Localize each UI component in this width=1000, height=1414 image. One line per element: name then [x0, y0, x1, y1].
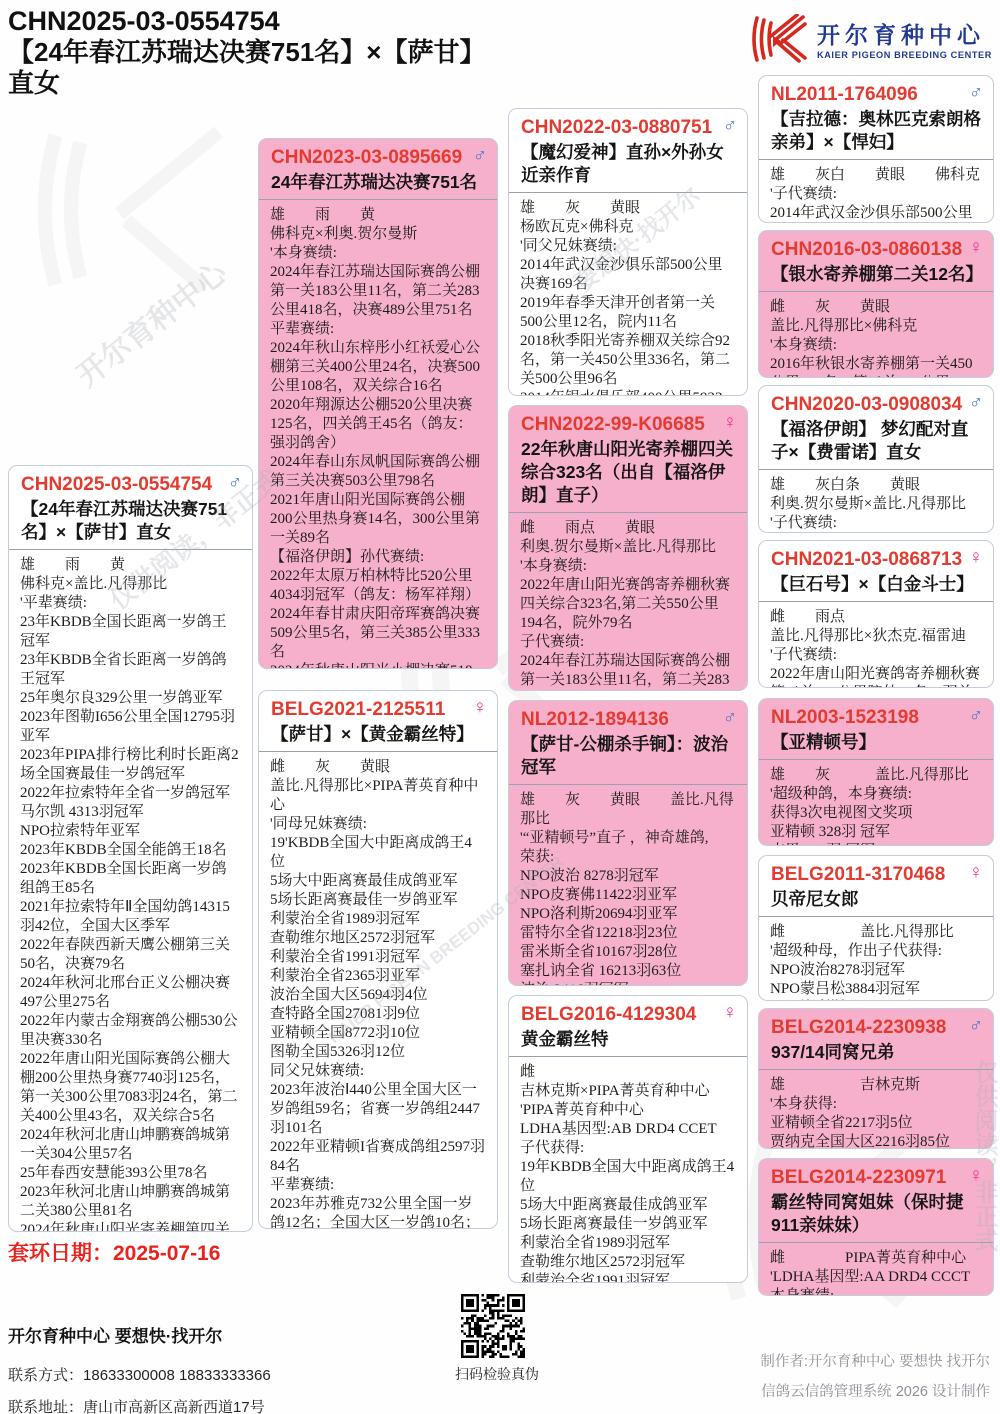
contact-label: 联系方式：	[8, 1367, 83, 1384]
pedigree-card: CHN2022-99-K06685 ♀ 22年秋唐山阳光寄养棚四关综合323名（…	[508, 405, 748, 691]
card-title: 【24年春江苏瑞达决赛751名】×【萨甘】直女	[21, 498, 240, 544]
ring-number: BELG2011-3170468	[771, 864, 945, 885]
female-icon: ♀	[969, 862, 983, 884]
card-body-text: 雄 雨 黄 佛科克×利奥.贺尔曼斯 '本身赛绩: 2024年春江苏瑞达国际赛鸽公…	[259, 200, 497, 669]
card-title: 937/14同窝兄弟	[771, 1041, 981, 1064]
ring-number: NL2012-1894136	[521, 709, 669, 730]
card-header: CHN2025-03-0554754 ♂ 【24年春江苏瑞达决赛751名】×【萨…	[9, 466, 252, 550]
contact-phones: 18633300008 18833333366	[83, 1367, 271, 1384]
qr-code	[461, 1294, 525, 1358]
ring-number: CHN2020-03-0908034	[771, 394, 962, 415]
watermark-logo-icon	[20, 120, 240, 305]
footer-maker-block: 制作者:开尔育种中心 要想快 找开尔 信鸽云信鸽管理系统 2026 设计制作	[760, 1348, 990, 1407]
card-header: NL2012-1894136 ♂ 【萨甘-公棚杀手锏】：波治冠军	[509, 701, 747, 785]
pedigree-card: CHN2016-03-0860138 ♀ 【银水寄养棚第二关12名】 雌 灰 黄…	[758, 230, 994, 378]
card-body-text: 雄 灰 盖比.凡得那比 '超级种鸽，本身赛绩: 获得3次电视图文奖项 亚精顿 3…	[759, 760, 993, 846]
card-header: CHN2022-99-K06685 ♀ 22年秋唐山阳光寄养棚四关综合323名（…	[509, 406, 747, 513]
card-title: 黄金霸丝特	[521, 1028, 735, 1051]
maker-line2: 信鸽云信鸽管理系统 2026 设计制作	[760, 1378, 990, 1408]
logo-cn-text: 开尔育种中心	[817, 23, 985, 48]
ring-number: CHN2016-03-0860138	[771, 239, 962, 260]
ring-number: NL2003-1523198	[771, 707, 919, 728]
male-icon: ♂	[723, 707, 737, 729]
qr-caption: 扫码检验真伪	[455, 1364, 530, 1384]
watermark-text: 开尔育种中心	[66, 249, 235, 394]
ring-number: BELG2021-2125511	[271, 699, 445, 720]
female-icon: ♀	[969, 237, 983, 259]
card-body-text: 雄 灰白条 黄眼 利奥.贺尔曼斯×盖比.凡得那比 '子代赛绩: 2022年唐山阳…	[759, 470, 993, 533]
card-header: CHN2022-03-0880751 ♂ 【魔幻爱神】直孙×外孙女 近亲作育	[509, 109, 747, 193]
ring-number: CHN2023-03-0895669	[271, 147, 462, 168]
female-icon: ♀	[473, 697, 487, 719]
card-title: 【魔幻爱神】直孙×外孙女 近亲作育	[521, 141, 735, 187]
kaier-logo-icon	[747, 14, 809, 69]
logo-en-text: KAIER PIGEON BREEDING CENTER	[817, 50, 992, 60]
card-body-text: 雄 灰白 黄眼 佛科克 '子代赛绩: 2014年武汉金沙俱乐部500公里决赛16…	[759, 160, 993, 223]
card-title: 24年春江苏瑞达决赛751名	[271, 171, 485, 194]
male-icon: ♂	[473, 145, 487, 167]
pedigree-card: NL2011-1764096 ♂ 【吉拉德：奥林匹克索朗格亲弟】×【悍妇】 雄 …	[758, 75, 994, 223]
card-title: 22年秋唐山阳光寄养棚四关综合323名（出自【福洛伊朗】直子）	[521, 438, 735, 507]
ring-number: CHN2021-03-0868713	[771, 549, 962, 570]
card-title: 【吉拉德：奥林匹克索朗格亲弟】×【悍妇】	[771, 108, 981, 154]
pedigree-card: BELG2021-2125511 ♀ 【萨甘】×【黄金霸丝特】 雌 灰 黄眼 盖…	[258, 690, 498, 1229]
card-header: BELG2016-4129304 ♀ 黄金霸丝特	[509, 996, 747, 1057]
footer-contact-block: 开尔育种中心 要想快·找开尔 联系方式：18633300008 18833333…	[8, 1322, 271, 1414]
ring-number: BELG2014-2230971	[771, 1167, 946, 1188]
qr-block: 扫码检验真伪	[455, 1294, 530, 1384]
pedigree-card: CHN2022-03-0880751 ♂ 【魔幻爱神】直孙×外孙女 近亲作育 雄…	[508, 108, 748, 396]
card-body-text: 雌 PIPA菁英育种中心 'LDHA基因型:AA DRD4 CCCT 本身赛绩:…	[759, 1243, 993, 1296]
address-label: 联系地址：	[8, 1399, 83, 1414]
card-title: 贝帝尼女郎	[771, 888, 981, 911]
card-body-text: 雌 雨点 黄眼 利奥.贺尔曼斯×盖比.凡得那比 '本身赛绩: 2022年唐山阳光…	[509, 513, 747, 691]
card-header: CHN2023-03-0895669 ♂ 24年春江苏瑞达决赛751名	[259, 139, 497, 200]
male-icon: ♂	[969, 392, 983, 414]
card-header: NL2003-1523198 ♂ 【亚精顿号】	[759, 699, 993, 760]
page-title-line2: 直女	[8, 68, 738, 99]
female-icon: ♀	[723, 412, 737, 434]
card-header: CHN2016-03-0860138 ♀ 【银水寄养棚第二关12名】	[759, 231, 993, 292]
footer-slogan: 开尔育种中心 要想快·找开尔	[8, 1322, 271, 1347]
card-title: 【亚精顿号】	[771, 731, 981, 754]
maker-line1: 制作者:开尔育种中心 要想快 找开尔	[760, 1348, 990, 1378]
pedigree-card: NL2012-1894136 ♂ 【萨甘-公棚杀手锏】：波治冠军 雄 灰 黄眼 …	[508, 700, 748, 986]
pedigree-card: CHN2021-03-0868713 ♀ 【巨石号】×【白金斗士】 雌 雨点 盖…	[758, 540, 994, 688]
pedigree-card: BELG2014-2230938 ♂ 937/14同窝兄弟 雄 吉林克斯 '本身…	[758, 1008, 994, 1149]
pedigree-card: BELG2014-2230971 ♀ 霸丝特同窝姐妹（保时捷911亲妹妹） 雌 …	[758, 1158, 994, 1296]
male-icon: ♂	[228, 472, 242, 494]
card-header: BELG2021-2125511 ♀ 【萨甘】×【黄金霸丝特】	[259, 691, 497, 752]
card-header: CHN2020-03-0908034 ♂ 【福洛伊朗】 梦幻配对直子×【费雷诺】…	[759, 386, 993, 470]
female-icon: ♀	[969, 547, 983, 569]
male-icon: ♂	[969, 705, 983, 727]
card-header: BELG2014-2230938 ♂ 937/14同窝兄弟	[759, 1009, 993, 1070]
card-body-text: 雄 雨 黄 佛科克×盖比.凡得那比 '平辈赛绩: 23年KBDB全国长距离一岁鸽…	[9, 550, 252, 1232]
pedigree-card: BELG2016-4129304 ♀ 黄金霸丝特 雌 吉林克斯×PIPA菁英育种…	[508, 995, 748, 1283]
card-body-text: 雌 吉林克斯×PIPA菁英育种中心 'PIPA菁英育种中心 LDHA基因型:AB…	[509, 1057, 747, 1283]
card-title: 【萨甘-公棚杀手锏】：波治冠军	[521, 733, 735, 779]
ring-date-value: 2025-07-16	[113, 1242, 220, 1265]
card-title: 【萨甘】×【黄金霸丝特】	[271, 723, 485, 746]
female-icon: ♀	[969, 1165, 983, 1187]
ring-number: CHN2025-03-0554754	[21, 474, 212, 495]
card-body-text: 雌 灰 黄眼 盖比.凡得那比×佛科克 '本身赛绩: 2016年秋银水寄养棚第一关…	[759, 292, 993, 378]
card-title: 霸丝特同窝姐妹（保时捷911亲妹妹）	[771, 1191, 981, 1237]
female-icon: ♀	[723, 1002, 737, 1024]
ring-date-label: 套环日期：	[8, 1242, 113, 1265]
page-title-ring: CHN2025-03-0554754	[8, 6, 738, 37]
pedigree-card: NL2003-1523198 ♂ 【亚精顿号】 雄 灰 盖比.凡得那比 '超级种…	[758, 698, 994, 846]
card-body-text: 雄 吉林克斯 '本身获得: 亚精顿全省2217羽5位 贾纳克全国大区2216羽8…	[759, 1070, 993, 1149]
card-body-text: 雌 雨点 盖比.凡得那比×狄杰克.福雷迪 '子代赛绩: 2022年唐山阳光赛鸽寄…	[759, 602, 993, 688]
ring-number: CHN2022-99-K06685	[521, 414, 705, 435]
card-header: NL2011-1764096 ♂ 【吉拉德：奥林匹克索朗格亲弟】×【悍妇】	[759, 76, 993, 160]
page-header: CHN2025-03-0554754 【24年春江苏瑞达决赛751名】×【萨甘】…	[8, 6, 738, 99]
card-header: BELG2011-3170468 ♀ 贝帝尼女郎	[759, 856, 993, 917]
ring-number: NL2011-1764096	[771, 84, 918, 105]
pedigree-card: CHN2025-03-0554754 ♂ 【24年春江苏瑞达决赛751名】×【萨…	[8, 465, 253, 1232]
card-title: 【银水寄养棚第二关12名】	[771, 263, 981, 286]
card-title: 【福洛伊朗】 梦幻配对直子×【费雷诺】直女	[771, 418, 981, 464]
male-icon: ♂	[969, 82, 983, 104]
card-body-text: 雄 灰 黄眼 盖比.凡得那比 '“亚精顿号”直子 ，神奇雄鸽, 荣获: NPO波…	[509, 785, 747, 986]
card-body-text: 雄 灰 黄眼 杨欧瓦克×佛科克 '同父兄妹赛绩: 2014年武汉金沙俱乐部500…	[509, 193, 747, 396]
card-header: CHN2021-03-0868713 ♀ 【巨石号】×【白金斗士】	[759, 541, 993, 602]
pedigree-page: CHN2025-03-0554754 【24年春江苏瑞达决赛751名】×【萨甘】…	[0, 0, 1000, 1414]
ring-number: CHN2022-03-0880751	[521, 117, 712, 138]
card-body-text: 雌 盖比.凡得那比 '超级种母，作出子代获得: NPO波治8278羽冠军 NPO…	[759, 917, 993, 1001]
male-icon: ♂	[723, 115, 737, 137]
male-icon: ♂	[969, 1015, 983, 1037]
pedigree-card: BELG2011-3170468 ♀ 贝帝尼女郎 雌 盖比.凡得那比 '超级种母…	[758, 855, 994, 1001]
ring-number: BELG2014-2230938	[771, 1017, 946, 1038]
page-title-line1: 【24年春江苏瑞达决赛751名】×【萨甘】	[8, 37, 738, 68]
card-body-text: 雌 灰 黄眼 盖比.凡得那比×PIPA菁英育种中心 '同母兄妹赛绩: 19'KB…	[259, 752, 497, 1229]
kaier-logo: 开尔育种中心 KAIER PIGEON BREEDING CENTER	[747, 14, 992, 69]
pedigree-card: CHN2023-03-0895669 ♂ 24年春江苏瑞达决赛751名 雄 雨 …	[258, 138, 498, 669]
pedigree-card: CHN2020-03-0908034 ♂ 【福洛伊朗】 梦幻配对直子×【费雷诺】…	[758, 385, 994, 533]
ring-number: BELG2016-4129304	[521, 1004, 696, 1025]
ring-date: 套环日期：2025-07-16	[8, 1237, 220, 1267]
address-value: 唐山市高新区高新西道17号	[83, 1399, 265, 1414]
card-title: 【巨石号】×【白金斗士】	[771, 573, 981, 596]
card-header: BELG2014-2230971 ♀ 霸丝特同窝姐妹（保时捷911亲妹妹）	[759, 1159, 993, 1243]
